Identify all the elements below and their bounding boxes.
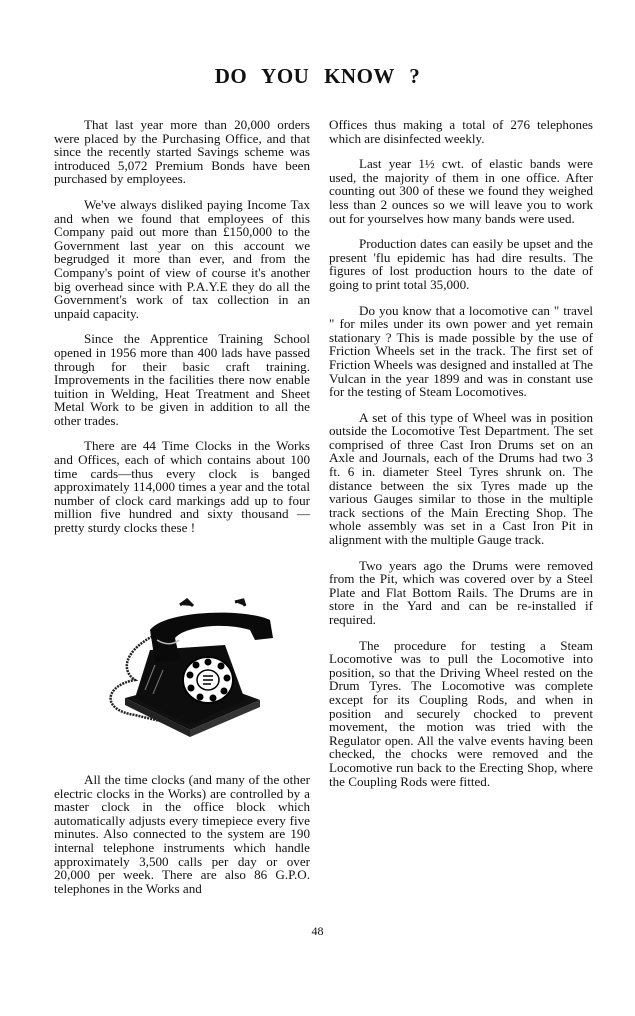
paragraph-test-department: A set of this type of Wheel was in posit…: [329, 411, 593, 547]
page-title: DO YOU KNOW ?: [0, 64, 635, 89]
paragraph-telephones-continued: Offices thus making a total of 276 telep…: [329, 118, 593, 145]
paragraph-flu-epidemic: Production dates can easily be upset and…: [329, 237, 593, 291]
paragraph-apprentice-school: Since the Apprentice Training School ope…: [54, 332, 310, 427]
paragraph-income-tax: We've always disliked paying Income Tax …: [54, 198, 310, 320]
rotary-telephone-illustration: [95, 590, 285, 750]
right-column: Offices thus making a total of 276 telep…: [329, 118, 593, 800]
left-column-bottom: All the time clocks (and many of the oth…: [54, 773, 310, 895]
left-column: That last year more than 20,000 orders w…: [54, 118, 310, 547]
paragraph-testing-procedure: The procedure for testing a Steam Locomo…: [329, 639, 593, 789]
paragraph-master-clock: All the time clocks (and many of the oth…: [54, 773, 310, 895]
paragraph-friction-wheels: Do you know that a locomotive can " trav…: [329, 304, 593, 399]
paragraph-purchasing: That last year more than 20,000 orders w…: [54, 118, 310, 186]
paragraph-time-clocks: There are 44 Time Clocks in the Works an…: [54, 439, 310, 534]
paragraph-drums-removed: Two years ago the Drums were removed fro…: [329, 559, 593, 627]
paragraph-elastic-bands: Last year 1½ cwt. of elastic bands were …: [329, 157, 593, 225]
telephone-icon: [95, 590, 285, 750]
page-number: 48: [0, 924, 635, 939]
